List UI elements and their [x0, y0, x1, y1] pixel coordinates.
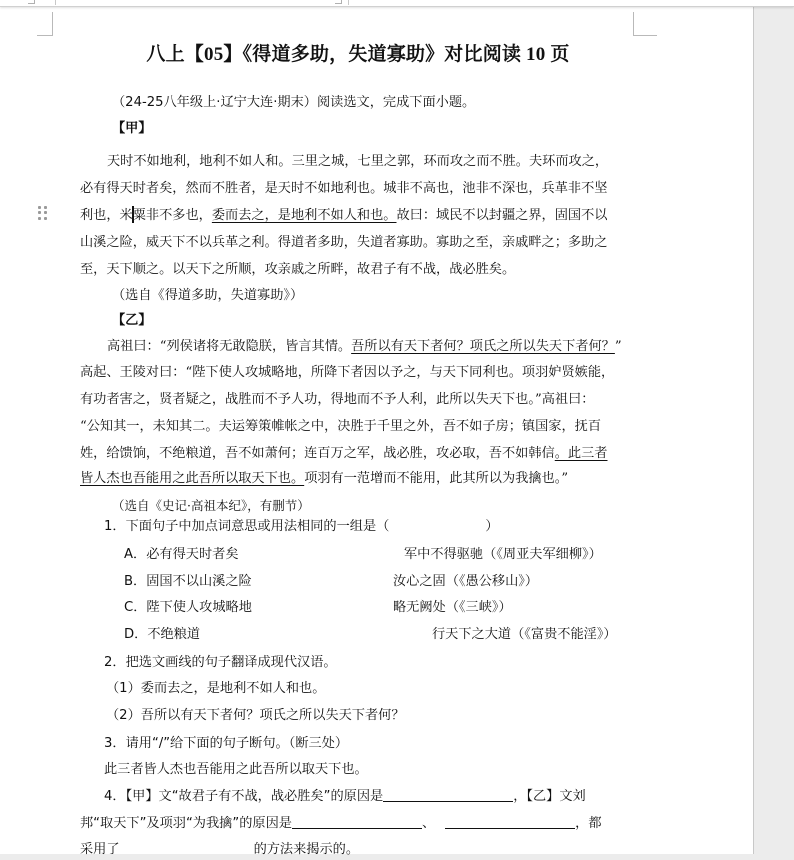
text-segment: 1．下面句子中加点词意思或用法相同的一组是（	[104, 519, 389, 534]
text-segment: ”	[615, 339, 622, 354]
text-segment: 、	[422, 816, 435, 831]
ruler-tick	[348, 0, 349, 5]
passage-line: 高祖曰：“列侯诸将无敢隐朕，皆言其情。吾所以有天下者何？项氏之所以失天下者何？”	[107, 337, 622, 357]
text-segment: 采用了	[80, 842, 120, 854]
margin-corner-top-left	[37, 12, 53, 36]
passage-line: 高起、王陵对曰：“陛下使人攻城略地，所降下者因以予之，与天下同利也。项羽妒贤嫉能…	[80, 363, 614, 383]
passage-line: 皆人杰也吾能用之此吾所以取天下也。项羽有一范增而不能用，此其所以为我擒也。”	[80, 469, 568, 489]
underlined-sentence-1: 委而去之，是地利不如人和也。	[212, 208, 397, 223]
option-b-right: 汝心之固（《愚公移山》）	[393, 572, 538, 592]
text-segment: 故曰：域民不以封疆之界，固国不以	[397, 208, 608, 223]
text-segment: 4．【甲】文“故君子有不战，战必胜矣”的原因是	[104, 789, 383, 804]
text-segment: 粟非不多也，	[133, 208, 212, 223]
ruler-margin-marker-right[interactable]	[335, 0, 342, 4]
ruler-margin-marker-left[interactable]	[28, 0, 35, 4]
passage-line: 天时不如地利，地利不如人和。三里之城，七里之郭，环而攻之而不胜。夫环而攻之，	[107, 152, 608, 172]
question-stem-cont: 邦“取天下”及项羽“为我擒”的原因是、，都	[80, 814, 602, 834]
passage-line: “公知其一，未知其二。夫运筹策帷帐之中，决胜于千里之外，吾不如子房；镇国家，抚百	[80, 417, 601, 437]
underlined-sentence-3-end: 皆人杰也吾能用之此吾所以取天下也。	[80, 471, 304, 486]
question-item: （1）委而去之，是地利不如人和也。	[106, 679, 325, 699]
workspace-gutter	[754, 7, 794, 854]
question-stem-cont: 采用了的方法来揭示的。	[80, 840, 359, 854]
passage-yi-label: 【乙】	[112, 311, 152, 331]
text-segment: ，都	[575, 816, 601, 831]
option-c-right: 略无阙处（《三峡》）	[393, 598, 512, 618]
text-segment: ）	[485, 519, 498, 534]
passage-jia-label: 【甲】	[112, 119, 152, 139]
margin-corner-top-right	[633, 12, 657, 36]
passage-line: 姓，给馈饷，不绝粮道，吾不如萧何；连百万之军，战必胜，攻必取，吾不如韩信。此三者	[80, 444, 608, 464]
passage-yi-source: （选自《史记·高祖本纪》，有删节）	[112, 496, 310, 516]
option-d-left: D．不绝粮道	[124, 625, 200, 645]
answer-blank-1[interactable]	[383, 787, 513, 802]
underlined-sentence-2: 吾所以有天下者何？项氏之所以失天下者何？	[351, 339, 615, 354]
option-c-left: C．陛下使人攻城略地	[124, 598, 252, 618]
text-segment: 的方法来揭示的。	[254, 842, 360, 854]
passage-jia-source: （选自《得道多助，失道寡助》）	[112, 286, 303, 306]
option-b-left: B．固国不以山溪之险	[124, 572, 252, 592]
question-stem: 4．【甲】文“故君子有不战，战必胜矣”的原因是，【乙】文刘	[104, 787, 586, 807]
passage-line: 利也，米粟非不多也，委而去之，是地利不如人和也。故曰：域民不以封疆之界，固国不以	[80, 206, 608, 226]
answer-blank-3[interactable]	[445, 814, 575, 829]
question-stem: 3．请用“/”给下面的句子断句。（断三处）	[104, 734, 348, 754]
document-page[interactable]: 八上【05】《得道多助，失道寡助》对比阅读 10 页 （24-25八年级上·辽宁…	[0, 7, 754, 854]
question-sentence: 此三者皆人杰也吾能用之此吾所以取天下也。	[104, 760, 368, 780]
passage-line: 至，天下顺之。以天下之所顺，攻亲戚之所畔，故君子有不战，战必胜矣。	[80, 260, 515, 280]
question-stem: 2．把选文画线的句子翻译成现代汉语。	[104, 653, 337, 673]
option-a-right: 军中不得驱驰（《周亚夫军细柳》）	[404, 545, 602, 565]
passage-line: 山溪之险，威天下不以兵革之利。得道者多助，失道者寡助。寡助之至，亲戚畔之；多助之	[80, 233, 608, 253]
question-stem: 1．下面句子中加点词意思或用法相同的一组是（）	[104, 517, 499, 537]
passage-line: 必有得天时者矣，然而不胜者，是天时不如地利也。城非不高也，池非不深也，兵革非不坚	[80, 179, 608, 199]
text-segment: ，【乙】文刘	[513, 789, 586, 804]
underlined-sentence-3-start: 。此三者	[555, 446, 608, 461]
ruler-tick	[55, 0, 56, 5]
passage-line: 有功者害之，贤者疑之，战胜而不予人功，得地而不予人利，此所以失天下也。”高祖曰：	[80, 390, 594, 410]
text-segment: 利也，米	[80, 208, 133, 223]
text-segment: 姓，给馈饷，不绝粮道，吾不如萧何；连百万之军，战必胜，攻必取，吾不如韩信	[80, 446, 555, 461]
text-segment: 项羽有一范增而不能用，此其所以为我擒也。”	[304, 471, 568, 486]
question-item: （2）吾所以有天下者何？项氏之所以失天下者何？	[106, 706, 405, 726]
option-a-left: A．必有得天时者矣	[124, 545, 239, 565]
ruler-strip	[0, 0, 794, 7]
drag-handle-icon[interactable]	[38, 206, 47, 220]
intro-text: （24-25八年级上·辽宁大连·期末）阅读选文，完成下面小题。	[112, 93, 475, 113]
text-segment: 高祖曰：“列侯诸将无敢隐朕，皆言其情。	[107, 339, 351, 354]
document-title: 八上【05】《得道多助，失道寡助》对比阅读 10 页	[78, 39, 638, 66]
answer-blank-2[interactable]	[292, 814, 422, 829]
option-d-right: 行天下之大道（《富贵不能淫》）	[432, 625, 617, 645]
text-segment: 邦“取天下”及项羽“为我擒”的原因是	[80, 816, 292, 831]
